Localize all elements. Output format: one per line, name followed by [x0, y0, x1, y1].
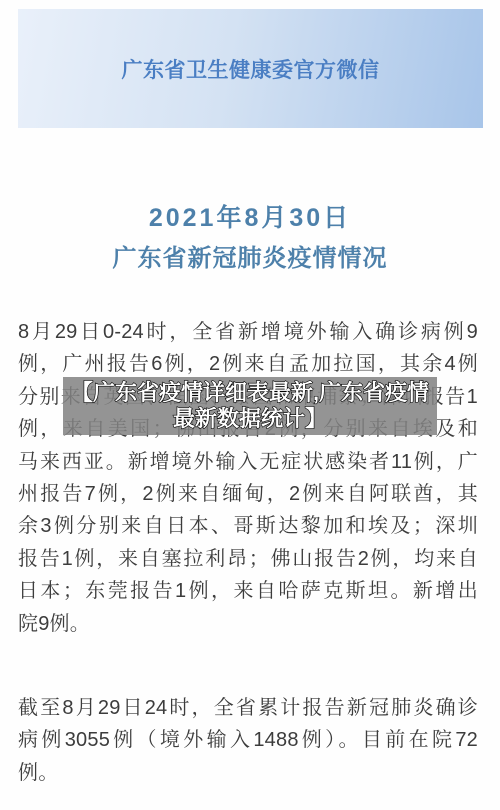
report-title: 广东省新冠肺炎疫情情况 [0, 239, 500, 279]
watermark-text-line-2: 最新数据统计】 [173, 406, 327, 432]
article-page: 广东省卫生健康委官方微信 2021年8月30日 广东省新冠肺炎疫情情况 8月29… [0, 0, 500, 810]
paragraph-cumulative-report: 截至8月29日24时，全省累计报告新冠肺炎确诊 病例3055例（境外输入1488… [18, 692, 478, 789]
body-line: 例。 [18, 757, 478, 789]
body-line: 病例3055例（境外输入1488例）。目前在院72 [18, 724, 478, 756]
paragraph-daily-report: 8月29日0-24时，全省新增境外输入确诊病例9 例，广州报告6例，2例来自孟加… [18, 316, 478, 640]
report-date: 2021年8月30日 [0, 197, 500, 239]
banner-title: 广东省卫生健康委官方微信 [122, 54, 380, 84]
watermark-text-line-1: 【广东省疫情详细表最新,广东省疫情 [71, 380, 429, 406]
body-line: 报告1例，来自塞拉利昂；佛山报告2例，均来自 [18, 543, 478, 575]
watermark-overlay: 【广东省疫情详细表最新,广东省疫情 最新数据统计】 [63, 377, 437, 435]
body-line: 院9例。 [18, 608, 478, 640]
body-line: 8月29日0-24时，全省新增境外输入确诊病例9 [18, 316, 478, 348]
body-line: 余3例分别来自日本、哥斯达黎加和埃及；深圳 [18, 510, 478, 542]
body-line: 例，广州报告6例，2例来自孟加拉国，其余4例 [18, 348, 478, 380]
report-heading: 2021年8月30日 广东省新冠肺炎疫情情况 [0, 197, 500, 279]
body-line: 州报告7例，2例来自缅甸，2例来自阿联酋，其 [18, 478, 478, 510]
body-line: 马来西亚。新增境外输入无症状感染者11例，广 [18, 446, 478, 478]
official-wechat-banner: 广东省卫生健康委官方微信 [18, 9, 483, 128]
body-line: 日本；东莞报告1例，来自哈萨克斯坦。新增出 [18, 575, 478, 607]
body-line: 截至8月29日24时，全省累计报告新冠肺炎确诊 [18, 692, 478, 724]
